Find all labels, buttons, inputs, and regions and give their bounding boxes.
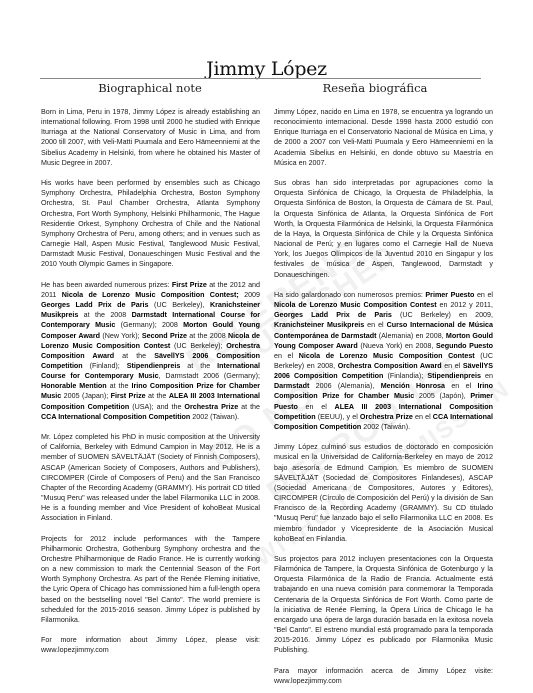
paragraph-text: en el [274,352,299,360]
paragraph-text: Jimmy López culminó sus estudios de doct… [274,443,493,542]
bold-award-text: Segundo Puesto [436,342,493,350]
paragraph-text: at the 2008 [78,311,131,319]
bold-award-text: Stipendienpreis [127,362,181,370]
bold-award-text: Kranichsteiner Musikpreis [274,321,364,329]
paragraph-text: en [481,372,493,380]
bold-award-text: Orchestra Prize [360,413,413,421]
biography-paragraph: Jimmy López, nacido en Lima en 1978, se … [274,107,493,168]
paragraph-text: at the [146,392,169,400]
bold-award-text: Second Prize [142,332,187,340]
paragraph-text: at the 2008 [187,332,228,340]
bold-award-text: Darmstadt [274,382,309,390]
title-divider [40,78,481,79]
bold-award-text: First Prize [111,392,146,400]
paragraph-text: at the [107,382,132,390]
paragraph-text: en el [364,321,386,329]
paragraph-text: 2005 (Japan); [61,392,110,400]
biography-paragraph: He has been awarded numerous prizes: Fir… [41,280,260,422]
paragraph-text: en el [474,291,493,299]
bold-award-text: Nicola de Lorenzo Music Composition Cont… [274,301,437,309]
paragraph-text: (UC Berkeley), [149,301,210,309]
bold-award-text: Orchestra Composition Award [338,362,442,370]
biography-paragraph: Sus projectos para 2012 incluyen present… [274,554,493,656]
paragraph-text: 2002 (Taiwan). [190,413,239,421]
paragraph-text: (Germany); 2008 [115,321,183,329]
bold-award-text: Nicola de Lorenzo Music Composition Cont… [299,352,475,360]
biography-paragraph: Born in Lima, Peru in 1978, Jimmy López … [41,107,260,168]
section-heading-english: Biographical note [40,81,260,95]
paragraph-text: at the [180,362,217,370]
paragraph-text: Ha sido galardonado con numerosos premio… [274,291,425,299]
biography-paragraph: Ha sido galardonado con numerosos premio… [274,290,493,432]
document-page: REFERENCE DO NOT REPRODUCE PUBLISHED WIT… [0,0,533,693]
paragraph-text: Sus obras han sido interpretadas por agr… [274,179,493,278]
biography-paragraph: Para mayor información acerca de Jimmy L… [274,666,493,686]
paragraph-text: 2005 (Japón), [414,392,470,400]
paragraph-text: en el [442,362,463,370]
bold-award-text: Georges Ladd Prix de Paris [41,301,149,309]
paragraph-text: Born in Lima, Peru in 1978, Jimmy López … [41,108,260,167]
biography-paragraph: Sus obras han sido interpretadas por agr… [274,178,493,280]
paragraph-text: Para mayor información acerca de Jimmy L… [274,667,493,685]
bold-award-text: Nicola de Lorenzo Music Composition Cont… [62,291,239,299]
paragraph-text: (UC Berkeley) en 2009, [392,311,493,319]
biography-paragraph: Jimmy López culminó sus estudios de doct… [274,442,493,544]
paragraph-text: en el [445,382,478,390]
paragraph-text: at the [238,403,260,411]
spanish-biography-column: Jimmy López, nacido en Lima en 1978, se … [274,107,493,693]
paragraph-text: at the [114,352,154,360]
paragraph-text: (Finland); [83,362,127,370]
paragraph-text: en el [413,413,433,421]
bold-award-text: First Prize [172,281,207,289]
bold-award-text: Georges Ladd Prix de Paris [274,311,392,319]
paragraph-text: , Darmstadt 2006 (Germany); [159,372,260,380]
bold-award-text: Orchestra Prize [184,403,238,411]
paragraph-text: (Alemania) en 2008, [377,332,446,340]
paragraph-text: en el [298,403,335,411]
biography-paragraph: Projects for 2012 include performances w… [41,534,260,625]
biography-paragraph: For more information about Jimmy López, … [41,635,260,655]
bold-award-text: CCA International Composition Competitio… [41,413,190,421]
bold-award-text: Mención Honrosa [381,382,445,390]
paragraph-text: (Finlandia); [383,372,427,380]
page-title: Jimmy López [0,58,533,80]
paragraph-text: Projects for 2012 include performances w… [41,535,260,624]
paragraph-text: 2009 [239,291,260,299]
paragraph-text: (Nueva York) en 2008, [358,342,436,350]
bold-award-text: Stipendienpreis [427,372,481,380]
paragraph-text: (EEUU), y el [316,413,360,421]
bold-award-text: Primer Puesto [425,291,474,299]
paragraph-text: For more information about Jimmy López, … [41,636,260,654]
paragraph-text: (New York); [100,332,142,340]
paragraph-text: Mr. López completed his PhD in music com… [41,433,260,522]
biography-paragraph: Mr. López completed his PhD in music com… [41,432,260,523]
paragraph-text: (UC Berkeley); [170,342,226,350]
paragraph-text: (USA); and the [129,403,184,411]
paragraph-text: Jimmy López, nacido en Lima en 1978, se … [274,108,493,167]
section-heading-spanish: Reseña biográfica [265,81,485,95]
paragraph-text: He has been awarded numerous prizes: [41,281,172,289]
biography-paragraph: His works have been performed by ensembl… [41,178,260,269]
paragraph-text: en 2012 y 2011, [437,301,493,309]
paragraph-text: 2002 (Taiwán). [361,423,410,431]
bold-award-text: Honorable Mention [41,382,107,390]
paragraph-text: 2006 (Alemania), [309,382,380,390]
english-biography-column: Born in Lima, Peru in 1978, Jimmy López … [41,107,260,666]
paragraph-text: His works have been performed by ensembl… [41,179,260,268]
paragraph-text: Sus projectos para 2012 incluyen present… [274,555,493,654]
